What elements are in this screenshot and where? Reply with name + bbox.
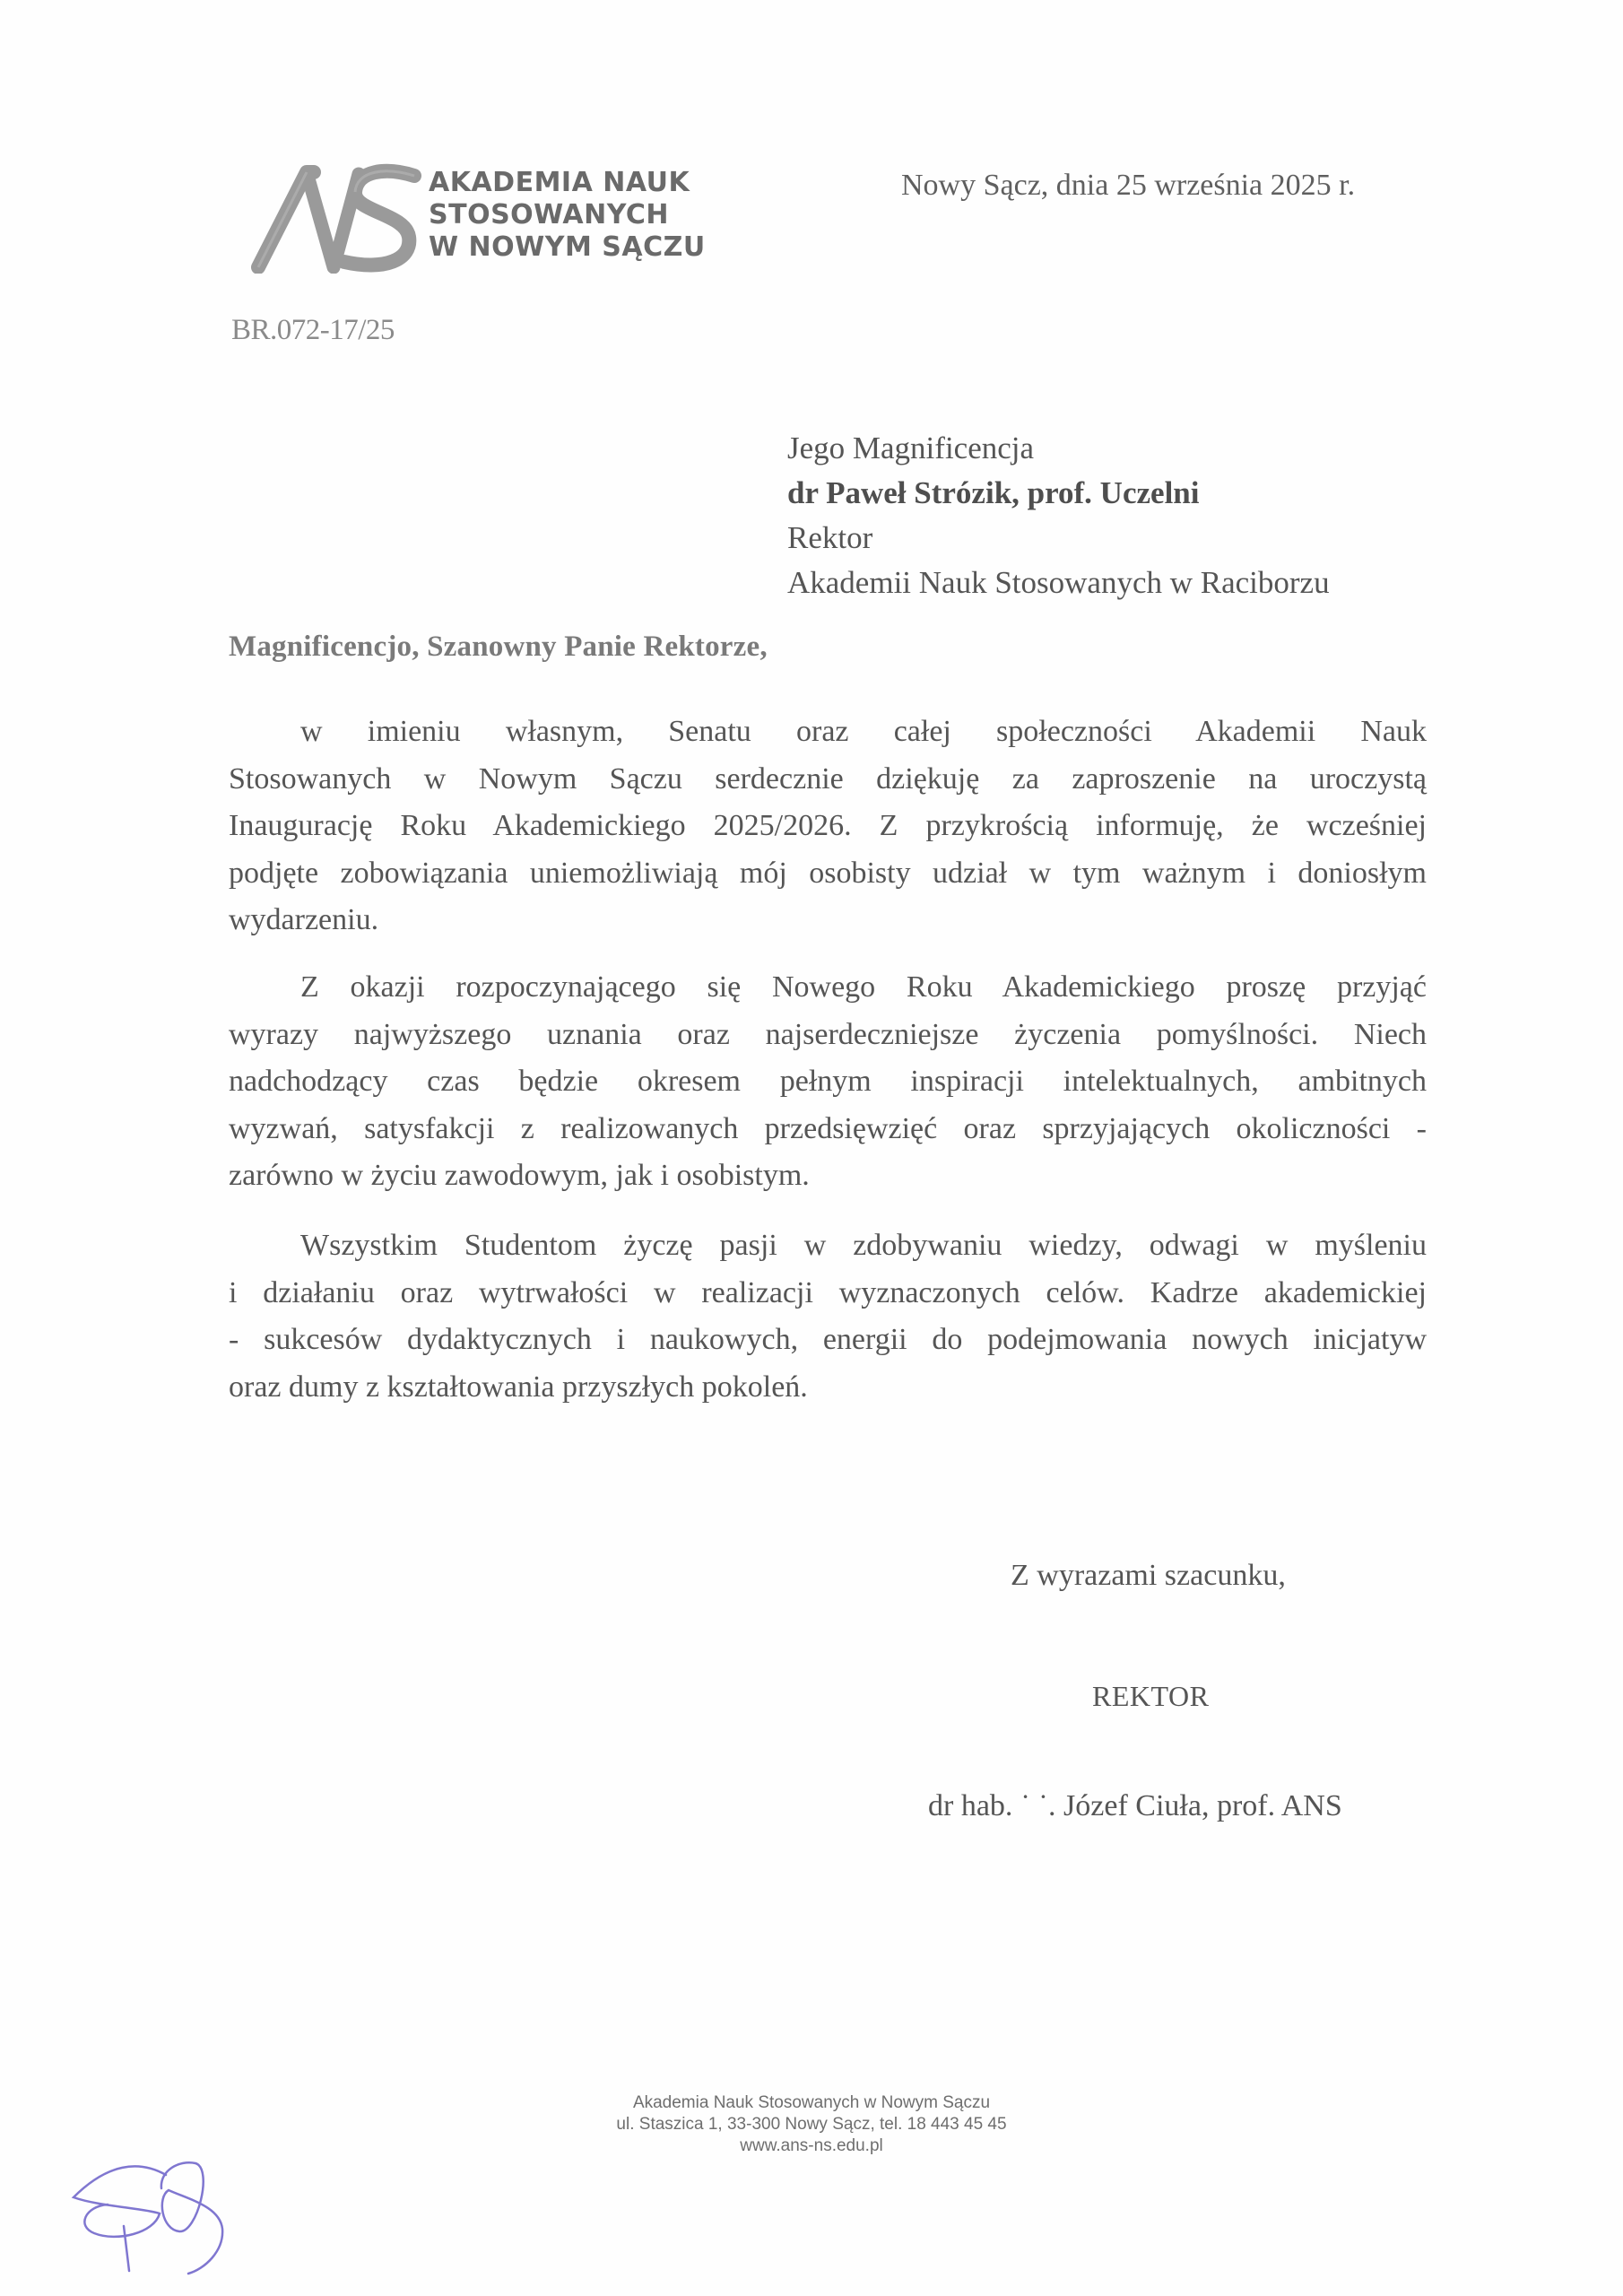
recipient-institution: Akademii Nauk Stosowanych w Raciborzu [787, 561, 1330, 605]
closing-phrase: Z wyrazami szacunku, [1011, 1559, 1286, 1593]
paragraph-line: oraz dumy z kształtowania przyszłych pok… [229, 1364, 1427, 1412]
body-paragraph-3: Wszystkim Studentom życzę pasji w zdobyw… [229, 1222, 1427, 1411]
salutation-text: Magnificencjo, Szanowny Panie Rektorze, [229, 631, 768, 663]
signer-title: REKTOR [1092, 1680, 1209, 1713]
paragraph-line: wyrazy najwyższego uznania oraz najserde… [229, 1012, 1427, 1059]
recipient-name: dr Paweł Strózik, prof. Uczelni [787, 471, 1330, 516]
paragraph-line: nadchodzący czas będzie okresem pełnym i… [229, 1058, 1427, 1106]
place-and-date: Nowy Sącz, dnia 25 września 2025 r. [901, 169, 1355, 203]
institution-name-logo-text: AKADEMIA NAUK STOSOWANYCH W NOWYM SĄCZU [429, 167, 706, 264]
paragraph-line: wydarzeniu. [229, 897, 1427, 944]
paragraph-line: Wszystkim Studentom życzę pasji w zdobyw… [229, 1222, 1427, 1270]
recipient-position: Rektor [787, 516, 1330, 561]
paragraph-line: Inaugurację Roku Akademickiego 2025/2026… [229, 803, 1427, 850]
letter-footer: Akademia Nauk Stosowanych w Nowym Sączu … [0, 2092, 1623, 2157]
footer-website: www.ans-ns.edu.pl [0, 2135, 1623, 2157]
paragraph-line: - sukcesów dydaktycznych i naukowych, en… [229, 1317, 1427, 1364]
handwritten-initials-icon [54, 2144, 233, 2278]
ans-logo-mark-icon [251, 161, 421, 274]
logo-line: W NOWYM SĄCZU [429, 231, 706, 264]
recipient-block: Jego Magnificencja dr Paweł Strózik, pro… [787, 426, 1330, 605]
institution-logo: AKADEMIA NAUK STOSOWANYCH W NOWYM SĄCZU [251, 161, 706, 274]
body-paragraph-1: w imieniu własnym, Senatu oraz całej spo… [229, 709, 1427, 944]
signer-name: dr hab. ˙ ˙. Józef Ciuła, prof. ANS [928, 1789, 1342, 1823]
paragraph-line: wyzwań, satysfakcji z realizowanych prze… [229, 1106, 1427, 1153]
salutation: Magnificencjo, Szanowny Panie Rektorze, [229, 631, 768, 664]
logo-line: STOSOWANYCH [429, 199, 706, 231]
recipient-honorific: Jego Magnificencja [787, 426, 1330, 471]
paragraph-line: w imieniu własnym, Senatu oraz całej spo… [229, 709, 1427, 756]
paragraph-line: Z okazji rozpoczynającego się Nowego Rok… [229, 964, 1427, 1012]
paragraph-line: i działaniu oraz wytrwałości w realizacj… [229, 1270, 1427, 1318]
footer-address: ul. Staszica 1, 33-300 Nowy Sącz, tel. 1… [0, 2114, 1623, 2135]
paragraph-line: Stosowanych w Nowym Sączu serdecznie dzi… [229, 756, 1427, 804]
paragraph-line: podjęte zobowiązania uniemożliwiają mój … [229, 850, 1427, 898]
letter-page: AKADEMIA NAUK STOSOWANYCH W NOWYM SĄCZU … [0, 0, 1623, 2296]
logo-line: AKADEMIA NAUK [429, 167, 706, 199]
footer-institution: Akademia Nauk Stosowanych w Nowym Sączu [0, 2092, 1623, 2114]
paragraph-line: zarówno w życiu zawodowym, jak i osobist… [229, 1152, 1427, 1200]
body-paragraph-2: Z okazji rozpoczynającego się Nowego Rok… [229, 964, 1427, 1200]
reference-number: BR.072-17/25 [231, 314, 395, 347]
